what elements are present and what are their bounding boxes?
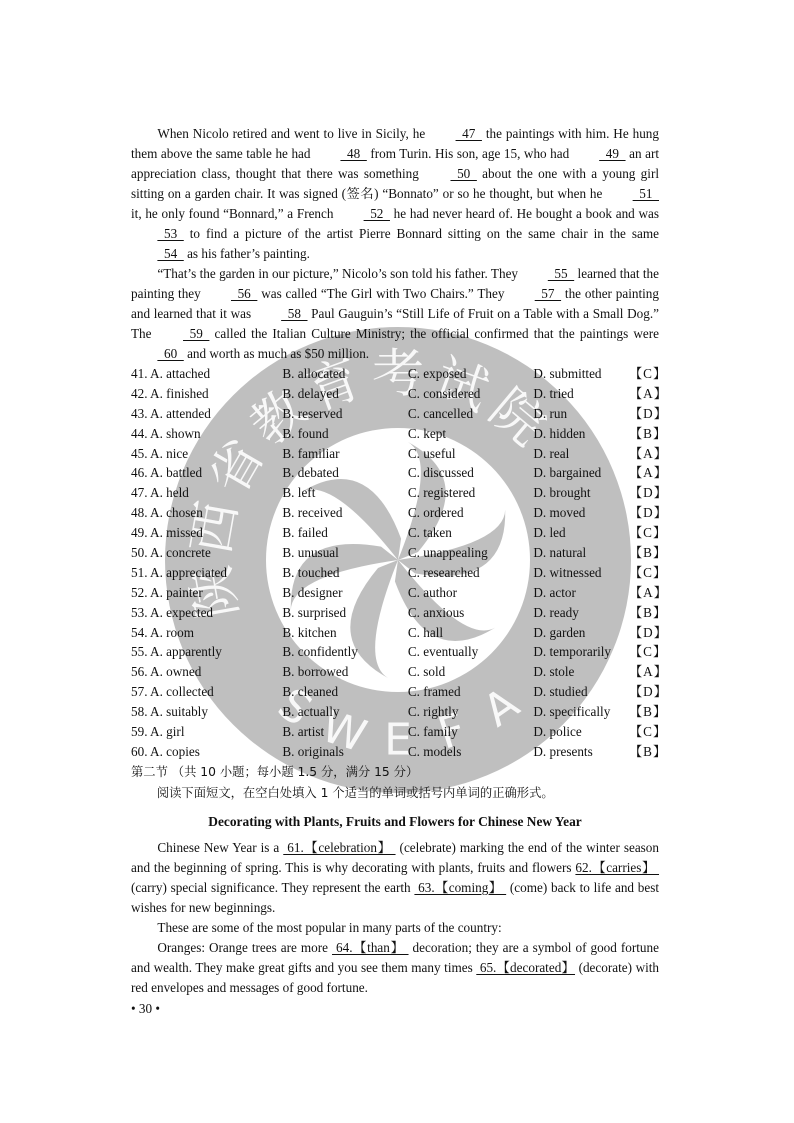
option-a: 49. A. missed	[131, 523, 282, 543]
option-d: D. actor	[533, 583, 629, 603]
option-d: D. garden	[533, 623, 629, 643]
option-a: 60. A. copies	[131, 742, 282, 762]
blank-47: 47	[429, 124, 482, 144]
option-c: C. taken	[408, 523, 534, 543]
option-a: 56. A. owned	[131, 662, 282, 682]
answer-key: 【C】	[629, 642, 659, 662]
option-d: D. studied	[533, 682, 629, 702]
option-d: D. led	[533, 523, 629, 543]
option-b: B. reserved	[282, 404, 408, 424]
option-d: D. specifically	[533, 702, 629, 722]
option-d: D. bargained	[533, 463, 629, 483]
passage2-paragraph: Chinese New Year is a 61.【celebration】 (…	[131, 838, 659, 918]
answer-blank: 63.【coming】	[414, 880, 506, 895]
option-row: 45. A. niceB. familiarC. usefulD. real【A…	[131, 444, 659, 464]
options-table: 41. A. attachedB. allocatedC. exposedD. …	[131, 364, 659, 762]
option-c: C. sold	[408, 662, 534, 682]
option-b: B. kitchen	[282, 623, 408, 643]
option-c: C. considered	[408, 384, 534, 404]
answer-key: 【B】	[629, 543, 659, 563]
option-a: 43. A. attended	[131, 404, 282, 424]
option-b: B. left	[282, 483, 408, 503]
option-a: 55. A. apparently	[131, 642, 282, 662]
option-d: D. real	[533, 444, 629, 464]
option-c: C. framed	[408, 682, 534, 702]
blank-51: 51	[606, 184, 659, 204]
option-b: B. found	[282, 424, 408, 444]
option-d: D. brought	[533, 483, 629, 503]
option-b: B. confidently	[282, 642, 408, 662]
option-c: C. registered	[408, 483, 534, 503]
option-b: B. actually	[282, 702, 408, 722]
answer-blank: 64.【than】	[332, 940, 409, 955]
cloze-passage: When Nicolo retired and went to live in …	[131, 124, 659, 364]
option-b: B. touched	[282, 563, 408, 583]
option-d: D. natural	[533, 543, 629, 563]
answer-key: 【A】	[629, 463, 659, 483]
fill-in-passage: Chinese New Year is a 61.【celebration】 (…	[131, 838, 659, 998]
option-c: C. kept	[408, 424, 534, 444]
option-c: C. exposed	[408, 364, 534, 384]
option-a: 57. A. collected	[131, 682, 282, 702]
option-row: 44. A. shownB. foundC. keptD. hidden【B】	[131, 424, 659, 444]
option-d: D. stole	[533, 662, 629, 682]
answer-key: 【C】	[629, 523, 659, 543]
option-row: 60. A. copiesB. originalsC. modelsD. pre…	[131, 742, 659, 762]
option-c: C. family	[408, 722, 534, 742]
answer-key: 【A】	[629, 583, 659, 603]
option-d: D. ready	[533, 603, 629, 623]
answer-key: 【D】	[629, 682, 659, 702]
option-b: B. familiar	[282, 444, 408, 464]
option-b: B. cleaned	[282, 682, 408, 702]
option-c: C. author	[408, 583, 534, 603]
page-number: • 30 •	[131, 999, 659, 1019]
answer-key: 【A】	[629, 444, 659, 464]
option-a: 51. A. appreciated	[131, 563, 282, 583]
option-d: D. moved	[533, 503, 629, 523]
option-d: D. tried	[533, 384, 629, 404]
option-row: 52. A. painterB. designerC. authorD. act…	[131, 583, 659, 603]
option-a: 45. A. nice	[131, 444, 282, 464]
passage2-paragraph: These are some of the most popular in ma…	[131, 918, 659, 938]
blank-48: 48	[314, 144, 367, 164]
option-d: D. hidden	[533, 424, 629, 444]
option-a: 58. A. suitably	[131, 702, 282, 722]
option-row: 55. A. apparentlyB. confidentlyC. eventu…	[131, 642, 659, 662]
option-c: C. models	[408, 742, 534, 762]
blank-56: 56	[205, 284, 258, 304]
option-row: 51. A. appreciatedB. touchedC. researche…	[131, 563, 659, 583]
blank-49: 49	[573, 144, 626, 164]
option-row: 49. A. missedB. failedC. takenD. led【C】	[131, 523, 659, 543]
answer-key: 【A】	[629, 384, 659, 404]
option-c: C. discussed	[408, 463, 534, 483]
option-a: 53. A. expected	[131, 603, 282, 623]
answer-blank: 65.【decorated】	[476, 960, 575, 975]
option-b: B. delayed	[282, 384, 408, 404]
option-c: C. useful	[408, 444, 534, 464]
option-a: 41. A. attached	[131, 364, 282, 384]
option-b: B. designer	[282, 583, 408, 603]
option-row: 48. A. chosenB. receivedC. orderedD. mov…	[131, 503, 659, 523]
answer-key: 【C】	[629, 364, 659, 384]
option-a: 48. A. chosen	[131, 503, 282, 523]
option-a: 54. A. room	[131, 623, 282, 643]
option-row: 56. A. ownedB. borrowedC. soldD. stole【A…	[131, 662, 659, 682]
answer-key: 【D】	[629, 623, 659, 643]
blank-52: 52	[337, 204, 390, 224]
option-row: 47. A. heldB. leftC. registeredD. brough…	[131, 483, 659, 503]
option-b: B. unusual	[282, 543, 408, 563]
option-d: D. run	[533, 404, 629, 424]
option-a: 46. A. battled	[131, 463, 282, 483]
option-d: D. police	[533, 722, 629, 742]
option-c: C. ordered	[408, 503, 534, 523]
answer-key: 【C】	[629, 563, 659, 583]
blank-60: 60	[131, 344, 184, 364]
option-d: D. witnessed	[533, 563, 629, 583]
passage-title: Decorating with Plants, Fruits and Flowe…	[131, 812, 659, 832]
answer-key: 【C】	[629, 722, 659, 742]
option-b: B. failed	[282, 523, 408, 543]
blank-58: 58	[255, 304, 308, 324]
option-row: 59. A. girlB. artistC. familyD. police【C…	[131, 722, 659, 742]
option-d: D. temporarily	[533, 642, 629, 662]
passage1-paragraph: When Nicolo retired and went to live in …	[131, 124, 659, 264]
option-row: 42. A. finishedB. delayedC. consideredD.…	[131, 384, 659, 404]
answer-key: 【D】	[629, 503, 659, 523]
blank-59: 59	[157, 324, 210, 344]
option-c: C. eventually	[408, 642, 534, 662]
exam-page: When Nicolo retired and went to live in …	[131, 124, 659, 1019]
option-b: B. allocated	[282, 364, 408, 384]
option-b: B. debated	[282, 463, 408, 483]
option-a: 42. A. finished	[131, 384, 282, 404]
option-c: C. hall	[408, 623, 534, 643]
option-a: 50. A. concrete	[131, 543, 282, 563]
blank-54: 54	[131, 244, 184, 264]
option-row: 53. A. expectedB. surprisedC. anxiousD. …	[131, 603, 659, 623]
passage2-paragraph: Oranges: Orange trees are more 64.【than】…	[131, 938, 659, 998]
answer-key: 【B】	[629, 702, 659, 722]
option-d: D. presents	[533, 742, 629, 762]
answer-key: 【A】	[629, 662, 659, 682]
option-b: B. surprised	[282, 603, 408, 623]
blank-55: 55	[521, 264, 574, 284]
blank-50: 50	[424, 164, 477, 184]
answer-key: 【B】	[629, 603, 659, 623]
option-row: 58. A. suitablyB. actuallyC. rightlyD. s…	[131, 702, 659, 722]
option-a: 59. A. girl	[131, 722, 282, 742]
passage1-paragraph: “That’s the garden in our picture,” Nico…	[131, 264, 659, 364]
answer-key: 【B】	[629, 424, 659, 444]
option-b: B. artist	[282, 722, 408, 742]
option-a: 52. A. painter	[131, 583, 282, 603]
answer-key: 【B】	[629, 742, 659, 762]
answer-blank: 61.【celebration】	[283, 840, 395, 855]
option-row: 41. A. attachedB. allocatedC. exposedD. …	[131, 364, 659, 384]
option-b: B. originals	[282, 742, 408, 762]
option-row: 57. A. collectedB. cleanedC. framedD. st…	[131, 682, 659, 702]
answer-blank: 62.【carries】	[575, 860, 659, 875]
option-a: 44. A. shown	[131, 424, 282, 444]
option-b: B. borrowed	[282, 662, 408, 682]
section-instruction: 阅读下面短文，在空白处填入 1 个适当的单词或括号内单词的正确形式。	[131, 782, 659, 804]
option-row: 54. A. roomB. kitchenC. hallD. garden【D】	[131, 623, 659, 643]
option-c: C. rightly	[408, 702, 534, 722]
option-a: 47. A. held	[131, 483, 282, 503]
option-c: C. unappealing	[408, 543, 534, 563]
option-row: 43. A. attendedB. reservedC. cancelledD.…	[131, 404, 659, 424]
option-row: 50. A. concreteB. unusualC. unappealingD…	[131, 543, 659, 563]
option-c: C. anxious	[408, 603, 534, 623]
option-c: C. cancelled	[408, 404, 534, 424]
blank-57: 57	[508, 284, 561, 304]
option-c: C. researched	[408, 563, 534, 583]
answer-key: 【D】	[629, 483, 659, 503]
option-b: B. received	[282, 503, 408, 523]
blank-53: 53	[131, 224, 184, 244]
section-heading: 第二节 （共 10 小题；每小题 1.5 分，满分 15 分）	[131, 762, 659, 782]
answer-key: 【D】	[629, 404, 659, 424]
option-d: D. submitted	[533, 364, 629, 384]
option-row: 46. A. battledB. debatedC. discussedD. b…	[131, 463, 659, 483]
